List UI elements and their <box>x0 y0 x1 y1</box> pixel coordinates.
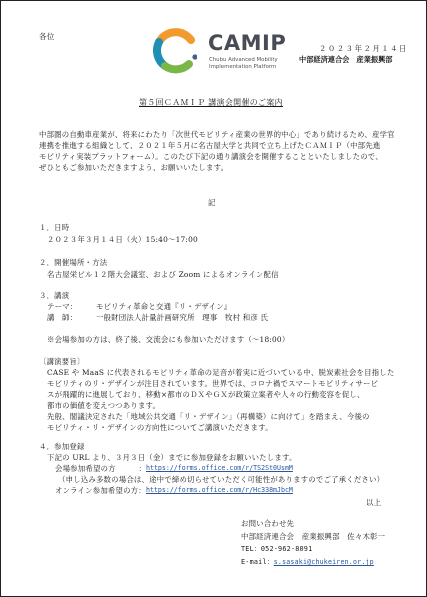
registration-intro: 下記の URL より、３月３日（金）までに参加登録をお願いいたします。 <box>47 452 297 463</box>
section-registration-heading: ４．参加登録 <box>39 441 85 452</box>
summary-line: 先般、閣議決定された「地域公共交通「リ・デザイン」（再構築）に向けて」を踏まえ、… <box>47 411 394 422</box>
document-title: 第５回ＣＡＭＩＰ 講演会開催のご案内 <box>139 97 283 108</box>
issue-date: ２０２３年２月１４日 <box>319 43 408 54</box>
intro-line: 中部圏の自動車産業が、将来にわたり「次世代モビリティ産業の世界的中心」であり続け… <box>39 129 399 140</box>
summary-line: モビリティ・リ・デザインの方向性についてご講演いただきます。 <box>47 422 394 433</box>
lecture-speaker-label: 講 師： <box>47 312 77 323</box>
summary-line: スが飛躍的に進展しており、移動×都市のＤＸやＧＸが政策立案者や人々の行動変容を促… <box>47 389 394 400</box>
contact-email-row: E-mail：s.sasaki@chukeiren.or.jp <box>241 557 385 568</box>
summary-body: CASE や MaaS に代表されるモビリティ革命の足音が着実に近づいている中、… <box>47 367 394 433</box>
contact-tel: TEL：052-962-8091 <box>241 544 385 555</box>
online-registration-link[interactable]: https://forms.office.com/r/Hc338mJbcM <box>146 486 293 494</box>
contact-org: 中部経済連合会 産業振興部 佐々木彰一 <box>241 531 385 542</box>
summary-line: CASE や MaaS に代表されるモビリティ革命の足音が着実に近づいている中、… <box>47 367 394 378</box>
camip-c-logo-icon <box>151 28 197 74</box>
sender-org: 中部経済連合会 産業振興部 <box>299 55 392 65</box>
section-lecture-heading: ３．講演 <box>39 290 69 301</box>
logo-subtitle: Chubu Advanced Mobility Implementation P… <box>209 57 278 71</box>
summary-heading: 〔講演要旨〕 <box>39 356 85 367</box>
document-page: 各位 CAMIP Chubu Advanced Mobility Impleme… <box>0 0 427 597</box>
section-venue-heading: ２．開催場所・方法 <box>39 257 107 268</box>
summary-line: 都市の価値を変えつつあります。 <box>47 400 394 411</box>
contact-block: お問い合わせ先 中部経済連合会 産業振興部 佐々木彰一 TEL：052-962-… <box>241 518 385 568</box>
lecture-speaker-value: 一般財団法人計量計画研究所 理事 牧村 和彦 氏 <box>96 312 268 323</box>
lecture-theme-value: モビリティ革命と交通『リ・デザイン』 <box>96 301 231 312</box>
onsite-registration-link[interactable]: https://forms.office.com/r/TS2St0UsmM <box>146 464 293 472</box>
logo-wordmark: CAMIP <box>208 31 286 55</box>
registration-note: （申し込み多数の場合は、途中で締め切らせていただく可能性がありますのでご了承くだ… <box>58 474 384 485</box>
contact-heading: お問い合わせ先 <box>241 518 385 529</box>
online-label: オンライン参加希望の方： <box>55 485 146 496</box>
logo-subtitle-line2: Implementation Platform <box>209 64 278 71</box>
camip-logo: CAMIP Chubu Advanced Mobility Implementa… <box>151 25 281 83</box>
intro-line: ぜひともご参加いただきますよう、お願いいたします。 <box>39 162 399 173</box>
summary-line: モビリティのリ・デザインが注目されています。世界では、コロナ禍でスマートモビリテ… <box>47 378 394 389</box>
contact-email-link[interactable]: s.sasaki@chukeiren.or.jp <box>274 558 374 566</box>
intro-paragraph: 中部圏の自動車産業が、将来にわたり「次世代モビリティ産業の世界的中心」であり続け… <box>39 129 399 173</box>
logo-subtitle-line1: Chubu Advanced Mobility <box>209 57 278 64</box>
section-venue-value: 名古屋栄ビル１２階大会議室、および Zoom によるオンライン配信 <box>47 269 279 280</box>
contact-email-label: E-mail： <box>241 558 274 566</box>
closing-mark: 以上 <box>366 497 381 508</box>
lecture-theme-label: テーマ： <box>47 301 77 312</box>
intro-line: 連携を推進する組織として、２０２１年５月に名古屋大学と共同で立ち上げたＣＡＭＩＰ… <box>39 140 399 151</box>
ki-heading: 記 <box>208 197 215 208</box>
section-datetime-value: ２０２３年３月１４日（火）15:40～17:00 <box>47 234 198 245</box>
addressee: 各位 <box>39 31 55 42</box>
lecture-note: ※会場参加の方は、終了後、交流会にも参加いただけます（～18:00） <box>47 334 289 345</box>
onsite-label: 会場参加希望の方 ： <box>55 463 146 474</box>
intro-line: モビリティ実装プラットフォーム）。このたび下記の通り講演会を開催することといたし… <box>39 151 399 162</box>
section-datetime-heading: １．日時 <box>39 222 69 233</box>
